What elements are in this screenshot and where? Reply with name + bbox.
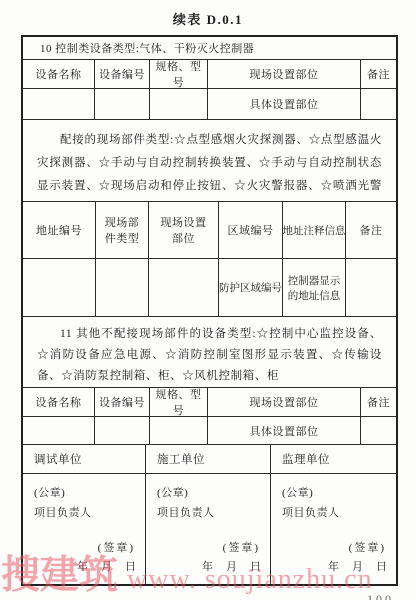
header-address-number: 地址编号 bbox=[23, 202, 96, 258]
detail-location-label-2: 具体设置部位 bbox=[208, 417, 361, 444]
empty-cell-device-name-2 bbox=[23, 417, 95, 444]
header-remark-address: 备注 bbox=[346, 202, 396, 258]
controller-address-label: 控制器显示的地址信息 bbox=[283, 259, 346, 316]
construction-unit-title: 施工单位 bbox=[146, 445, 271, 473]
section10-heading: 10 控制类设备类型:气体、干粉灭火控制器 bbox=[23, 37, 396, 59]
header-remark-2: 备注 bbox=[361, 388, 396, 416]
header-spec-model: 规格、型号 bbox=[150, 60, 208, 88]
equipment-entry-row: 具体设置部位 bbox=[23, 89, 396, 120]
construction-unit-cell: (公章) 项目负责人 (签章) 年 月 日 bbox=[146, 474, 271, 584]
empty-cell-spec-model bbox=[150, 89, 208, 119]
page-number: 100 bbox=[367, 592, 394, 600]
date-label: 年 月 日 bbox=[328, 557, 388, 577]
section10-heading-row: 10 控制类设备类型:气体、干粉灭火控制器 bbox=[23, 37, 396, 60]
empty-cell-remark bbox=[361, 89, 396, 119]
header-site-location: 现场设置部位 bbox=[208, 60, 361, 88]
seal-label: (公章) bbox=[282, 483, 385, 503]
project-leader-label: 项目负责人 bbox=[157, 503, 259, 523]
address-header-row: 地址编号 现场部件类型 现场设置部位 区域编号 地址注释信息 备注 bbox=[23, 202, 396, 259]
header-device-name-2: 设备名称 bbox=[23, 388, 95, 416]
detail-location-label: 具体设置部位 bbox=[208, 89, 361, 119]
date-label: 年 月 日 bbox=[77, 557, 137, 577]
project-leader-label: 项目负责人 bbox=[34, 503, 134, 523]
header-address-note: 地址注释信息 bbox=[283, 202, 346, 258]
header-spec-model-2: 规格、型号 bbox=[150, 388, 208, 416]
sign-label: (签章) bbox=[98, 538, 135, 558]
signature-header-row: 调试单位 施工单位 监理单位 bbox=[23, 445, 396, 474]
empty-cell-device-name bbox=[23, 89, 95, 119]
form-table: 10 控制类设备类型:气体、干粉灭火控制器 设备名称 设备编号 规格、型号 现场… bbox=[21, 35, 398, 586]
seal-label: (公章) bbox=[157, 483, 259, 503]
empty-cell-part-location bbox=[149, 259, 219, 316]
header-device-name: 设备名称 bbox=[23, 60, 95, 88]
empty-cell-address-remark bbox=[346, 259, 396, 316]
empty-cell-device-number-2 bbox=[95, 417, 150, 444]
date-label: 年 月 日 bbox=[202, 557, 262, 577]
equipment-header-row: 设备名称 设备编号 规格、型号 现场设置部位 备注 bbox=[23, 60, 396, 89]
supervision-unit-title: 监理单位 bbox=[271, 445, 396, 473]
empty-cell-spec-model-2 bbox=[150, 417, 208, 444]
empty-cell-address-number bbox=[23, 259, 96, 316]
commissioning-unit-title: 调试单位 bbox=[23, 445, 146, 473]
header-part-type: 现场部件类型 bbox=[96, 202, 149, 258]
sign-label: (签章) bbox=[223, 538, 260, 558]
project-leader-label: 项目负责人 bbox=[282, 503, 385, 523]
protection-zone-label: 防护区域编号 bbox=[219, 259, 283, 316]
equipment-header-row-2: 设备名称 设备编号 规格、型号 现场设置部位 备注 bbox=[23, 388, 396, 417]
header-device-number: 设备编号 bbox=[95, 60, 150, 88]
connected-parts-row: 配接的现场部件类型:☆点型感烟火灾探测器、☆点型感温火灾探测器、☆手动与自动控制… bbox=[23, 120, 396, 202]
document-page: 续表 D.0.1 10 控制类设备类型:气体、干粉灭火控制器 设备名称 设备编号… bbox=[0, 0, 416, 600]
signature-body-row: (公章) 项目负责人 (签章) 年 月 日 (公章) 项目负责人 (签章) 年 … bbox=[23, 474, 396, 584]
page-title: 续表 D.0.1 bbox=[0, 9, 416, 28]
supervision-unit-cell: (公章) 项目负责人 (签章) 年 月 日 bbox=[271, 474, 396, 584]
empty-cell-device-number bbox=[95, 89, 150, 119]
header-part-location: 现场设置部位 bbox=[149, 202, 219, 258]
address-entry-row: 防护区域编号 控制器显示的地址信息 bbox=[23, 259, 396, 317]
equipment-entry-row-2: 具体设置部位 bbox=[23, 417, 396, 445]
header-site-location-2: 现场设置部位 bbox=[208, 388, 361, 416]
section11-row: 11 其他不配接现场部件的设备类型:☆控制中心监控设备、☆消防设备应急电源、☆消… bbox=[23, 317, 396, 388]
empty-cell-remark-2 bbox=[361, 417, 396, 444]
section11-heading: 11 其他不配接现场部件的设备类型:☆控制中心监控设备、☆消防设备应急电源、☆消… bbox=[23, 317, 396, 387]
connected-parts-note: 配接的现场部件类型:☆点型感烟火灾探测器、☆点型感温火灾探测器、☆手动与自动控制… bbox=[23, 120, 396, 201]
commissioning-unit-cell: (公章) 项目负责人 (签章) 年 月 日 bbox=[23, 474, 146, 584]
header-remark: 备注 bbox=[361, 60, 396, 88]
header-device-number-2: 设备编号 bbox=[95, 388, 150, 416]
empty-cell-part-type bbox=[96, 259, 149, 316]
sign-label: (签章) bbox=[349, 538, 386, 558]
header-zone-number: 区域编号 bbox=[219, 202, 283, 258]
seal-label: (公章) bbox=[34, 483, 134, 503]
